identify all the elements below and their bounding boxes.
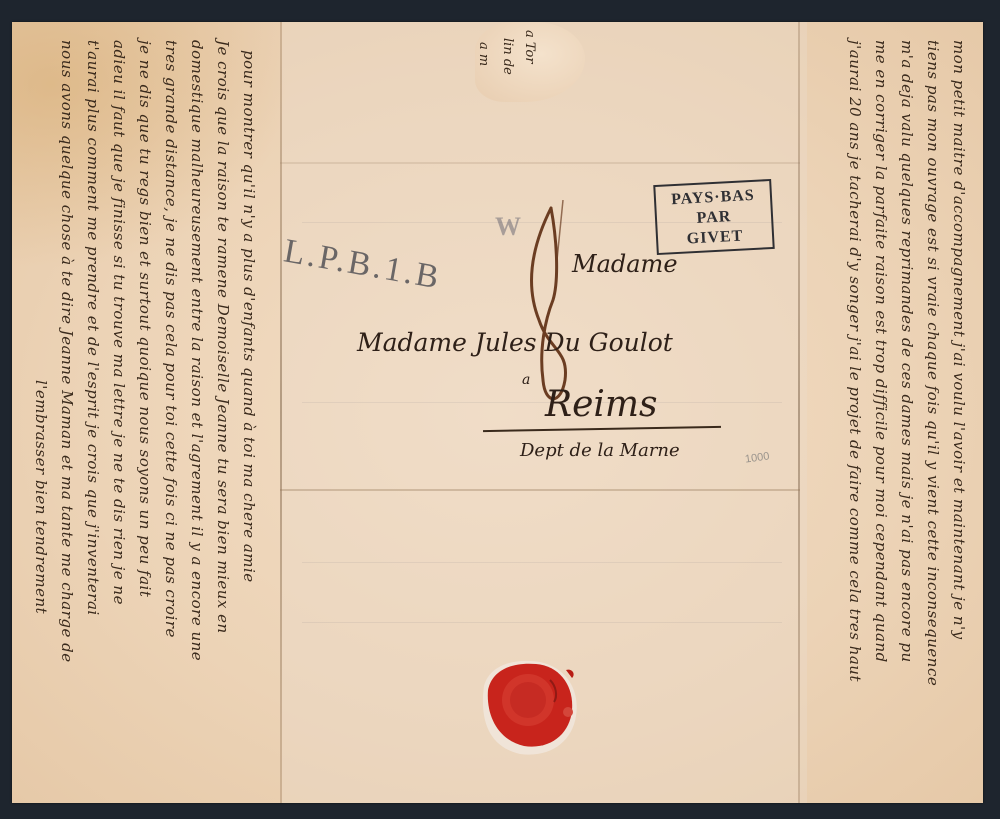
handwritten-line: l'embrasser bien tendrement	[32, 380, 50, 614]
handwritten-line: je ne dis que tu regs bien et surtout qu…	[136, 40, 154, 597]
address-city: Reims	[545, 384, 658, 425]
letter-text-left: pour montrer qu'il n'y a plus d'enfants …	[20, 30, 270, 800]
pays-bas-par-givet-stamp: PAYS·BAS PAR GIVET	[653, 179, 775, 255]
handwritten-line: me en corriger la parfaite raison est tr…	[872, 40, 890, 663]
handwritten-line: m'a deja valu quelques reprimandes de ce…	[898, 40, 916, 663]
bleed-through	[302, 622, 782, 623]
letter-text-right: mon petit maitre d'accompagnement j'ai v…	[830, 30, 980, 800]
fold-line-horizontal	[280, 489, 800, 491]
handwritten-line: domestique malheureusement entre la rais…	[188, 40, 206, 661]
address-salutation: Madame	[572, 250, 678, 278]
handwritten-line: tiens pas mon ouvrage est si vraie chaqu…	[924, 40, 942, 686]
handwritten-line: t'aurai plus comment me prendre et de l'…	[84, 40, 102, 616]
address-recipient: Madame Jules Du Goulot	[357, 328, 673, 357]
handwritten-line: j'aurai 20 ans je tacherai d'y songer j'…	[846, 40, 864, 682]
handwritten-line: adieu il faut que je finisse si tu trouv…	[110, 40, 128, 605]
handwritten-line: tres grande distance, je ne dis pas cela…	[162, 40, 180, 638]
handwritten-line: Je crois que la raison te ramene Demoise…	[214, 40, 232, 634]
address-a: a	[522, 372, 530, 388]
red-wax-seal	[480, 656, 580, 756]
manuscript-rate-8	[505, 200, 585, 410]
fold-line-right	[798, 22, 800, 803]
bleed-through	[302, 562, 782, 563]
handwritten-line: mon petit maitre d'accompagnement j'ai v…	[950, 40, 968, 640]
address-department: Dept de la Marne	[520, 440, 680, 461]
fold-line-upper	[280, 162, 800, 164]
fold-line-left	[280, 22, 282, 803]
handwritten-line: pour montrer qu'il n'y a plus d'enfants …	[240, 50, 258, 583]
handwritten-line: nous avons quelque chose à te dire Jeann…	[58, 40, 76, 663]
